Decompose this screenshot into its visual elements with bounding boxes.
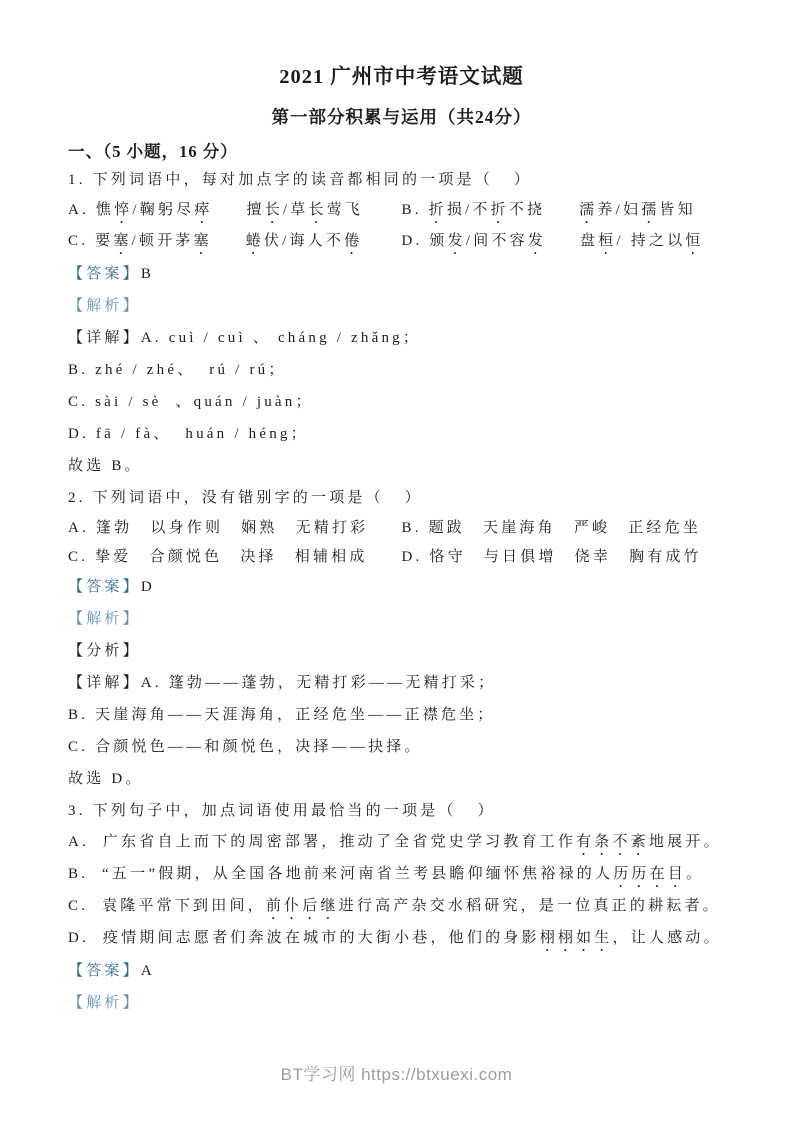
dotted-characters: 蜷 [246,233,264,249]
q1-detail-line: B. zhé / zhé、 rú / rú； [68,354,735,386]
q2-options-left: C. 挚爱 合颜悦色 决择 相辅相成 [68,543,402,572]
option-cell: A. 憔悴/鞠躬尽瘁 [68,196,213,227]
answer-value: A [141,963,155,979]
q2-options-right: B. 题跋 天崖海角 严峻 正经危坐 [402,514,736,543]
q3-analysis-label: 【解析】 [68,987,735,1019]
dotted-characters: 塞 [193,233,211,249]
q2-options-row-2: C. 挚爱 合颜悦色 决择 相辅相成 D. 恪守 与日俱增 侥幸 胸有成竹 [68,543,735,572]
answer-label: 【答案】 [68,266,141,282]
q3-option: D. 疫情期间志愿者们奔波在城市的大街小巷，他们的身影栩栩如生，让人感动。 [68,923,735,955]
dotted-characters: 折 [491,202,509,218]
section-heading: 一、（5 小题，16 分） [68,140,735,164]
q2-options-row-1: A. 篷勃 以身作则 娴熟 无精打彩 B. 题跋 天崖海角 严峻 正经危坐 [68,514,735,543]
dotted-characters: 恒 [685,233,703,249]
dotted-characters: 孺 [641,202,659,218]
dotted-characters: 发 [528,233,546,249]
q1-options-right: B. 折损/不折不挠 濡养/妇孺皆知 [402,196,736,227]
dotted-characters: 栩栩如生 [540,930,613,946]
option-cell: 合颜悦色 [150,543,223,572]
option-cell: 与日俱增 [484,543,557,572]
dotted-characters: 濡 [579,202,597,218]
q2-detail-line: B. 天崖海角——天涯海角，正经危坐——正襟危坐； [68,699,735,731]
q1-options-left: C. 要塞/顿开茅塞 蜷伏/诲人不倦 [68,227,402,258]
site-watermark: BT学习网 https://btxuexi.com [0,1060,793,1085]
q1-detail-line: D. fā / fà、 huán / héng； [68,418,735,450]
option-cell: C. 要塞/顿开茅塞 [68,227,212,258]
q1-detail-line: 【详解】A. cuì / cuì 、 cháng / zhǎng； [68,322,735,354]
dotted-characters: 历历在目 [613,866,686,882]
option-cell: D. 恪守 [402,543,466,572]
q1-answer-line: 【答案】B [68,258,735,290]
dotted-characters: 瘁 [194,202,212,218]
q1-options-left: A. 憔悴/鞠躬尽瘁 擅长/草长莺飞 [68,196,402,227]
option-cell: 擅长/草长莺飞 [247,196,364,227]
dotted-characters: 发 [448,233,466,249]
exam-document: 2021 广州市中考语文试题 第一部分积累与运用（共24分） 一、（5 小题，1… [0,0,793,1019]
q2-fenxi-label: 【分析】 [68,635,735,667]
q1-options-row-2: C. 要塞/顿开茅塞 蜷伏/诲人不倦 D. 颁发/间不容发 盘桓/ 持之以恒 [68,227,735,258]
option-cell: 濡养/妇孺皆知 [579,196,696,227]
page-title: 2021 广州市中考语文试题 [68,62,735,92]
q2-options-right: D. 恪守 与日俱增 侥幸 胸有成竹 [402,543,736,572]
q3-answer-line: 【答案】A [68,955,735,987]
dotted-characters: 有条不紊 [576,834,649,850]
dotted-characters: 长 [265,202,283,218]
option-cell: C. 挚爱 [68,543,132,572]
option-cell: 娴熟 [241,514,277,543]
option-cell: 正经危坐 [628,514,701,543]
dotted-characters: 长 [309,202,327,218]
dotted-characters: 桓 [598,233,616,249]
option-cell: B. 题跋 [402,514,466,543]
option-cell: 决择 [240,543,276,572]
option-cell: 胸有成竹 [629,543,702,572]
q2-answer-line: 【答案】D [68,571,735,603]
option-cell: A. 篷勃 [68,514,132,543]
dotted-characters: 倦 [344,233,362,249]
q2-conclusion: 故选 D。 [68,763,735,795]
q1-options-right: D. 颁发/间不容发 盘桓/ 持之以恒 [402,227,736,258]
q1-options-row-1: A. 憔悴/鞠躬尽瘁 擅长/草长莺飞 B. 折损/不折不挠 濡养/妇孺皆知 [68,196,735,227]
q2-detail-line: 【详解】A. 篷勃——蓬勃，无精打彩——无精打采； [68,667,735,699]
option-cell: 无精打彩 [296,514,369,543]
q2-stem: 2. 下列词语中，没有错别字的一项是（ ） [68,482,735,514]
answer-label: 【答案】 [68,579,141,595]
answer-value: D [141,579,155,595]
dotted-characters: 塞 [113,233,131,249]
q1-analysis-label: 【解析】 [68,290,735,322]
q1-stem: 1. 下列词语中，每对加点字的读音都相同的一项是（ ） [68,164,735,196]
q3-option: A. 广东省自上而下的周密部署，推动了全省党史学习教育工作有条不紊地展开。 [68,827,735,859]
q1-detail-line: C. sài / sè 、quán / juàn； [68,386,735,418]
option-cell: 天崖海角 [483,514,556,543]
q2-options-left: A. 篷勃 以身作则 娴熟 无精打彩 [68,514,402,543]
q1-conclusion: 故选 B。 [68,450,735,482]
part-heading: 第一部分积累与运用（共24分） [68,104,735,130]
q3-option: C. 袁隆平常下到田间，前仆后继进行高产杂交水稻研究，是一位真正的耕耘者。 [68,891,735,923]
q2-detail-line: C. 合颜悦色——和颜悦色，决择——抉择。 [68,731,735,763]
option-cell: D. 颁发/间不容发 [402,227,547,258]
q2-analysis-label: 【解析】 [68,603,735,635]
dotted-characters: 前仆后继 [266,898,339,914]
option-cell: 蜷伏/诲人不倦 [246,227,363,258]
option-cell: 侥幸 [575,543,611,572]
option-cell: 相辅相成 [295,543,368,572]
answer-label: 【答案】 [68,963,141,979]
dotted-characters: 折 [429,202,447,218]
q3-option: B. “五一”假期，从全国各地前来河南省兰考县瞻仰缅怀焦裕禄的人历历在目。 [68,859,735,891]
option-cell: 以身作则 [150,514,223,543]
option-cell: B. 折损/不折不挠 [402,196,546,227]
option-cell: 严峻 [574,514,610,543]
q3-stem: 3. 下列句子中，加点词语使用最恰当的一项是（ ） [68,795,735,827]
option-cell: 盘桓/ 持之以恒 [580,227,704,258]
answer-value: B [141,266,154,282]
dotted-characters: 悴 [114,202,132,218]
